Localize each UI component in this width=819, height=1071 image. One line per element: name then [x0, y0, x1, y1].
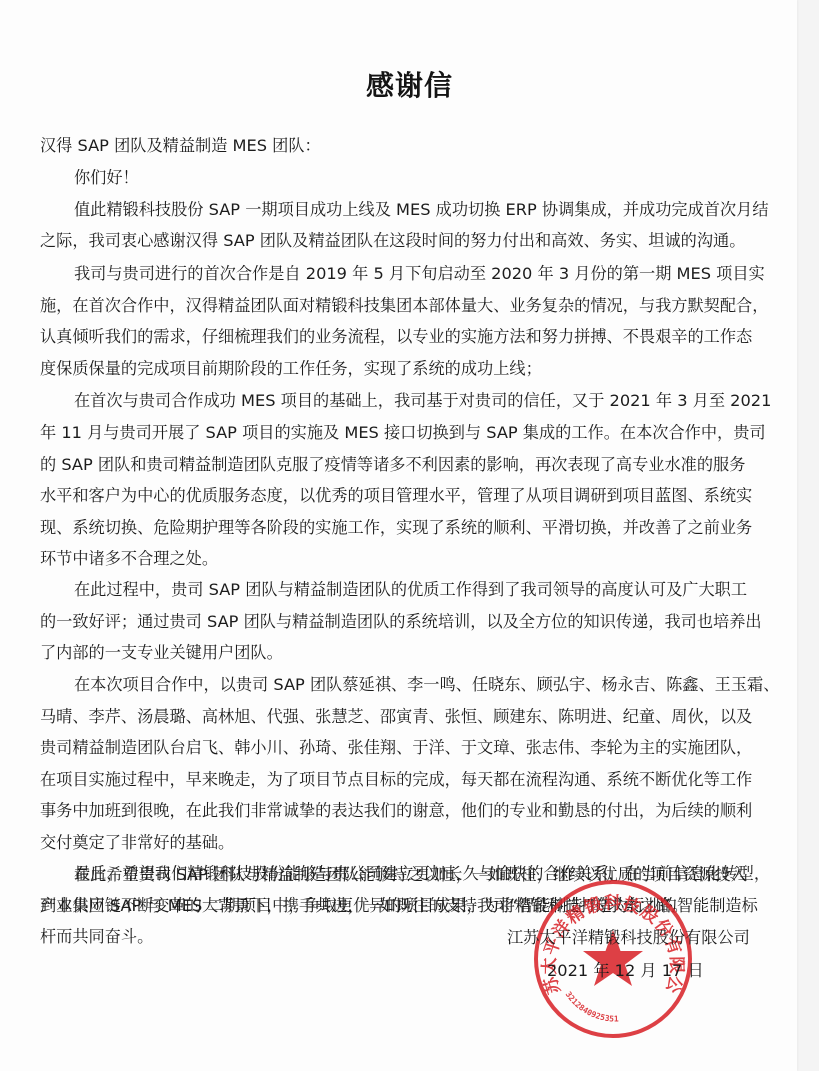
- body-line: 值此精锻科技股份 SAP 一期项目成功上线及 MES 成功切换 ERP 协调集成…: [74, 200, 769, 220]
- body-line: 产业供应链不断变革的大背景下，携手共进，一如既往的支持我司“智能制造”的求索之路…: [40, 896, 688, 916]
- body-line: 认真倾听我们的需求，仔细梳理我们的业务流程，以专业的实施方法和努力拼搏、不畏艰辛…: [40, 327, 752, 347]
- body-line: 事务中加班到很晚，在此我们非常诚挚的表达我们的谢意，他们的专业和勤恳的付出，为后…: [40, 801, 752, 821]
- body-line: 施，在首次合作中，汉得精益团队面对精锻科技集团本部体量大、业务复杂的情况，与我方…: [40, 296, 768, 316]
- greeting: 你们好！: [74, 168, 139, 188]
- body-line: 在此过程中，贵司 SAP 团队与精益制造团队的优质工作得到了我司领导的高度认可及…: [74, 580, 747, 600]
- body-line: 在首次与贵司合作成功 MES 项目的基础上，我司基于对贵司的信任，又于 2021…: [74, 391, 771, 411]
- body-line: 了内部的一支专业关键用户团队。: [40, 643, 283, 663]
- body-line: 的一致好评；通过贵司 SAP 团队与精益制造团队的系统培训，以及全方位的知识传递…: [40, 612, 762, 632]
- body-line: 在本次项目合作中，以贵司 SAP 团队蔡延祺、李一鸣、任晓东、顾弘宇、杨永吉、陈…: [74, 675, 779, 695]
- letter-paper: 感谢信 汉得 SAP 团队及精益制造 MES 团队： 你们好！ 值此精锻科技股份…: [0, 0, 797, 1071]
- body-line: 环节中诸多不合理之处。: [40, 549, 218, 569]
- signature-date: 2021 年 12 月 17 日: [547, 961, 704, 981]
- body-line: 水平和客户为中心的优质服务态度，以优秀的项目管理水平，管理了从项目调研到项目蓝图…: [40, 486, 752, 506]
- body-line: 的 SAP 团队和贵司精益制造团队克服了疫情等诸多不利因素的影响，再次表现了高专…: [40, 455, 745, 475]
- salutation: 汉得 SAP 团队及精益制造 MES 团队：: [40, 136, 321, 156]
- svg-text:3212840925351: 3212840925351: [564, 990, 619, 1024]
- letter-title: 感谢信: [0, 64, 819, 104]
- body-line: 马晴、李芹、汤晨璐、高林旭、代强、张慧芝、邵寅青、张恒、顾建东、陈明进、纪童、周…: [40, 707, 752, 727]
- body-line: 现、系统切换、危险期护理等各阶段的实施工作，实现了系统的顺利、平滑切换，并改善了…: [40, 518, 752, 538]
- body-line: 交付奠定了非常好的基础。: [40, 833, 234, 853]
- body-line: 度保质保量的完成项目前期阶段的工作任务，实现了系统的成功上线；: [40, 359, 542, 379]
- body-line: 之际，我司衷心感谢汉得 SAP 团队及精益团队在这段时间的努力付出和高效、务实、…: [40, 231, 745, 251]
- signature-company: 江苏太平洋精锻科技股份有限公司: [507, 928, 750, 948]
- body-line: 我司与贵司进行的首次合作是自 2019 年 5 月下旬启动至 2020 年 3 …: [74, 264, 765, 284]
- body-line: 年 11 月与贵司开展了 SAP 项目的实施及 MES 接口切换到与 SAP 集…: [40, 423, 766, 443]
- body-line: 贵司精益制造团队台启飞、韩小川、孙琦、张佳翔、于洋、于文璋、张志伟、李轮为主的实…: [40, 738, 752, 758]
- body-line: 在项目实施过程中，早来晚走，为了项目节点目标的完成，每天都在流程沟通、系统不断优…: [40, 770, 752, 790]
- body-line: 最后，希望我们精锻科技股份能够与贵公司建立更加长久与愉快的合作关系，在当前信息化…: [74, 864, 770, 884]
- body-line: 杆而共同奋斗。: [40, 927, 153, 947]
